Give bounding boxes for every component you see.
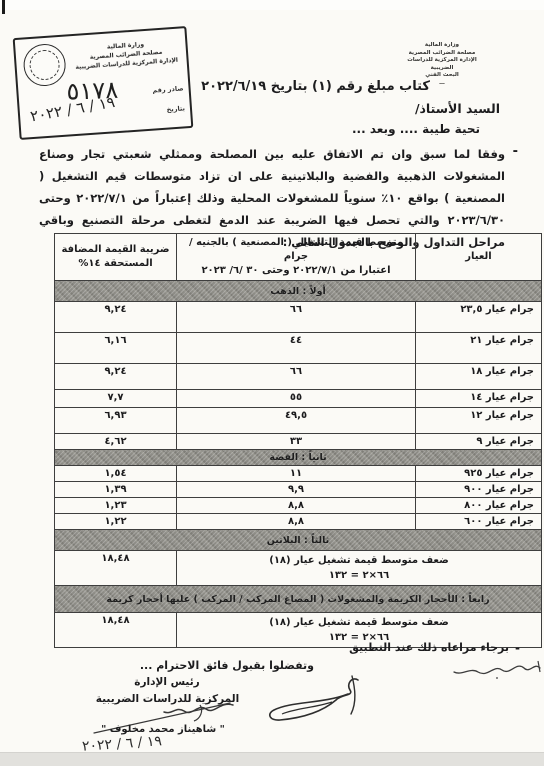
cell-karat: جرام عيار ٩ — [416, 434, 542, 450]
cell-value: ١١ — [177, 466, 416, 482]
table-row: جرام عيار ٢١ ٤٤ ٦,١٦ — [55, 333, 542, 364]
cell-vat: ٦,١٦ — [55, 333, 177, 364]
cell-value: ٤٩,٥ — [177, 408, 416, 434]
cell-vat: ١,٢٢ — [55, 514, 177, 530]
header-value: متوسط قيمة التشغيل ( المصنعية ) بالجنيه … — [177, 234, 416, 281]
cell-karat: جرام عيار ١٤ — [416, 390, 542, 408]
note-bullet: - — [515, 641, 520, 655]
header-vat-line1: ضريبة القيمة المضافة — [58, 243, 173, 257]
signatory-title-1: رئيس الإدارة — [132, 676, 202, 688]
table-row: جرام عيار ٩٠٠ ٩,٩ ١,٣٩ — [55, 482, 542, 498]
gemstones-formula-line1: ضعف متوسط قيمة تشغيل عيار (١٨) — [180, 615, 538, 630]
table-row: جرام عيار ١٢ ٤٩,٥ ٦,٩٣ — [55, 408, 542, 434]
cell-value: ٣٣ — [177, 434, 416, 450]
cell-karat: جرام عيار ١٢ — [416, 408, 542, 434]
cell-karat: جرام عيار ١٨ — [416, 364, 542, 390]
signature-center-scribble — [262, 674, 367, 726]
cell-vat: ١٨,٤٨ — [55, 613, 177, 648]
received-stamp: وزارة المالية مصلحة الضرائب المصرية الإد… — [13, 26, 194, 140]
scan-edge-bottom — [0, 752, 544, 766]
platinum-formula-line2: ٦٦×٢ = ١٣٢ — [180, 568, 538, 583]
cell-vat: ٦,٩٣ — [55, 408, 177, 434]
cell-karat: جرام عيار ٦٠٠ — [416, 514, 542, 530]
cell-platinum-formula: ضعف متوسط قيمة تشغيل عيار (١٨) ٦٦×٢ = ١٣… — [177, 551, 542, 586]
cell-value: ٥٥ — [177, 390, 416, 408]
header-value-line2: اعتبارا من ٢٠٢٢/٧/١ وحتى ٣٠ /٦/ ٢٠٢٣ — [180, 264, 412, 278]
letter-greeting: تحية طيبة .... وبعد ... — [352, 122, 480, 136]
handwritten-annotation-scribble — [450, 658, 544, 696]
cell-vat: ١,٢٣ — [55, 498, 177, 514]
rates-table: العيار متوسط قيمة التشغيل ( المصنعية ) ب… — [54, 233, 542, 648]
cell-vat: ١٨,٤٨ — [55, 551, 177, 586]
section-band-platinum: ثالثاً : البلاتين — [55, 530, 542, 551]
table-row: جرام عيار ١٨ ٦٦ ٩,٢٤ — [55, 364, 542, 390]
cell-value: ٨,٨ — [177, 498, 416, 514]
header-karat: العيار — [416, 234, 542, 281]
cell-karat: جرام عيار ٩٠٠ — [416, 482, 542, 498]
table-header-row: العيار متوسط قيمة التشغيل ( المصنعية ) ب… — [55, 234, 542, 281]
cell-karat: جرام عيار ٨٠٠ — [416, 498, 542, 514]
header-vat: ضريبة القيمة المضافة المستحقة ١٤% — [55, 234, 177, 281]
cell-karat: جرام عيار ٢١ — [416, 333, 542, 364]
stamp-org-text: وزارة المالية مصلحة الضرائب المصرية الإد… — [69, 37, 183, 72]
table-row: جرام عيار ١٤ ٥٥ ٧,٧ — [55, 390, 542, 408]
letter-addressee: السيد الأستاذ/ — [415, 101, 500, 116]
table-row: جرام عيار ٩٢٥ ١١ ١,٥٤ — [55, 466, 542, 482]
stamp-date-label: بتاريخ — [166, 104, 185, 113]
table-row: جرام عيار ٢٣,٥ ٦٦ ٩,٢٤ — [55, 302, 542, 333]
letter-title: كتاب مبلغ رقم (١) بتاريخ ٢٠٢٢/٦/١٩ — [201, 79, 430, 94]
letterhead-line: الإدارة المركزية للدراسات الضريبية — [403, 57, 481, 72]
cell-value: ٩,٩ — [177, 482, 416, 498]
scanned-letter-page: وزارة المالية مصلحة الضرائب المصرية الإد… — [0, 0, 544, 766]
cell-vat: ١,٣٩ — [55, 482, 177, 498]
table-row-platinum: ضعف متوسط قيمة تشغيل عيار (١٨) ٦٦×٢ = ١٣… — [55, 551, 542, 586]
cell-vat: ٩,٢٤ — [55, 364, 177, 390]
table-row: جرام عيار ٩ ٣٣ ٤,٦٢ — [55, 434, 542, 450]
body-bullet: - — [513, 144, 518, 159]
cell-vat: ١,٥٤ — [55, 466, 177, 482]
application-note: برجاء مراعاه ذلك عند التطبيق — [349, 641, 509, 654]
cell-karat: جرام عيار ٢٣,٥ — [416, 302, 542, 333]
header-vat-line2: المستحقة ١٤% — [58, 257, 173, 271]
table-row: جرام عيار ٨٠٠ ٨,٨ ١,٢٣ — [55, 498, 542, 514]
platinum-formula-line1: ضعف متوسط قيمة تشغيل عيار (١٨) — [180, 553, 538, 568]
cell-karat: جرام عيار ٩٢٥ — [416, 466, 542, 482]
cell-value: ٦٦ — [177, 302, 416, 333]
header-value-line1: متوسط قيمة التشغيل ( المصنعية ) بالجنيه … — [180, 236, 412, 264]
closing-line: وتفضلوا بقبول فائق الاحترام ... — [140, 659, 314, 672]
section-band-silver: ثانياً : الفضة — [55, 450, 542, 466]
cell-value: ٦٦ — [177, 364, 416, 390]
letterhead-line: وزارة المالية — [403, 42, 481, 50]
table-row: جرام عيار ٦٠٠ ٨,٨ ١,٢٢ — [55, 514, 542, 530]
stamp-emblem-icon — [22, 43, 67, 88]
section-band-gold: أولاً : الذهب — [55, 281, 542, 302]
cell-vat: ٤,٦٢ — [55, 434, 177, 450]
letterhead-line: مصلحة الضرائب المصرية — [403, 50, 481, 58]
signatory-name: " شاهيناز محمد مخلوف " — [98, 724, 228, 735]
cell-value: ٨,٨ — [177, 514, 416, 530]
cell-vat: ٧,٧ — [55, 390, 177, 408]
cell-vat: ٩,٢٤ — [55, 302, 177, 333]
scan-corner-mark — [2, 0, 5, 14]
scan-edge-top — [0, 0, 544, 10]
stamp-number-label: صادر رقم — [152, 84, 184, 94]
cell-value: ٤٤ — [177, 333, 416, 364]
section-band-gemstones: رابعاً : الأحجار الكريمة والمشغولات ( ال… — [55, 586, 542, 613]
